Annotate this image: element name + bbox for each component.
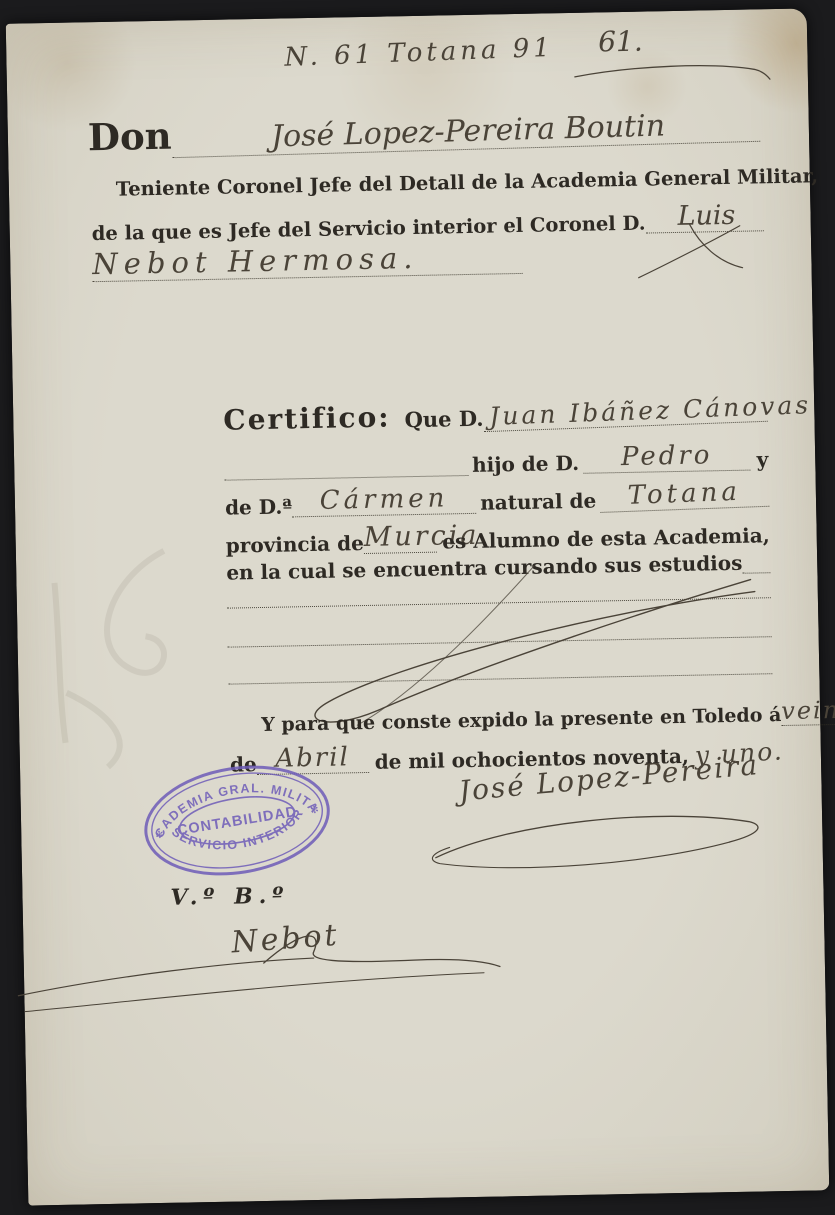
and-label: y — [750, 449, 768, 470]
folio-underline-flourish — [573, 57, 773, 87]
colonel-surnames: Nebot Hermosa. — [92, 242, 523, 282]
province-label: provincia de — [226, 533, 364, 557]
province-line: provincia de Murcia es Alumno de esta Ac… — [225, 516, 769, 556]
certify-label: Certifico: — [223, 402, 391, 435]
scanned-document-page: { "annotations": { "archival_note": "N. … — [0, 0, 835, 1215]
ghost-showthrough-marks — [44, 540, 198, 773]
birthplace: Totana — [600, 478, 770, 513]
don-label: Don — [88, 117, 172, 157]
luis-flourish — [630, 222, 751, 282]
certificate-paper: N. 61 Totana 91 61. Don José Lopez-Perei… — [6, 8, 830, 1205]
approval-signature-flourish — [13, 914, 505, 1023]
stamp-right-ornament: ✻ — [310, 805, 320, 817]
don-line: Don José Lopez-Pereira Boutin — [88, 105, 761, 157]
subordination-text: de la que es Jefe del Servicio interior … — [92, 213, 646, 244]
main-signature-flourish — [429, 799, 770, 878]
father-line: hijo de D. Pedro y — [224, 441, 768, 480]
folio-number: 61. — [598, 28, 643, 57]
certify-line: Certifico: Que D. Juan Ibáñez Cánovas — [223, 395, 767, 435]
colonel-surnames-line: Nebot Hermosa. — [92, 242, 523, 282]
of-mrs-label: de D.ª — [225, 496, 292, 518]
que-d-label: Que D. — [390, 408, 483, 432]
vobo-label: V.º B.º — [170, 885, 289, 910]
province: Murcia — [363, 523, 436, 554]
issue-line-text: Y para que conste expido la presente en … — [261, 706, 781, 736]
issue-day: veinte — [781, 698, 835, 726]
stamp-left-ornament: ✻ — [155, 829, 165, 841]
officer-name: José Lopez-Pereira Boutin — [171, 109, 760, 158]
title-line: Teniente Coronel Jefe del Detall de la A… — [116, 166, 819, 200]
student-line-text: es Alumno de esta Academia, — [436, 525, 770, 552]
dotted-filler — [225, 475, 469, 481]
mother-line: de D.ª Cármen natural de Totana — [225, 479, 769, 518]
archival-note: N. 61 Totana 91 — [284, 35, 554, 71]
son-of-label: hijo de D. — [468, 453, 583, 476]
mother-name: Cármen — [292, 485, 477, 518]
father-name: Pedro — [583, 442, 751, 474]
student-name: Juan Ibáñez Cánovas — [483, 394, 768, 432]
native-of-label: natural de — [476, 490, 600, 513]
